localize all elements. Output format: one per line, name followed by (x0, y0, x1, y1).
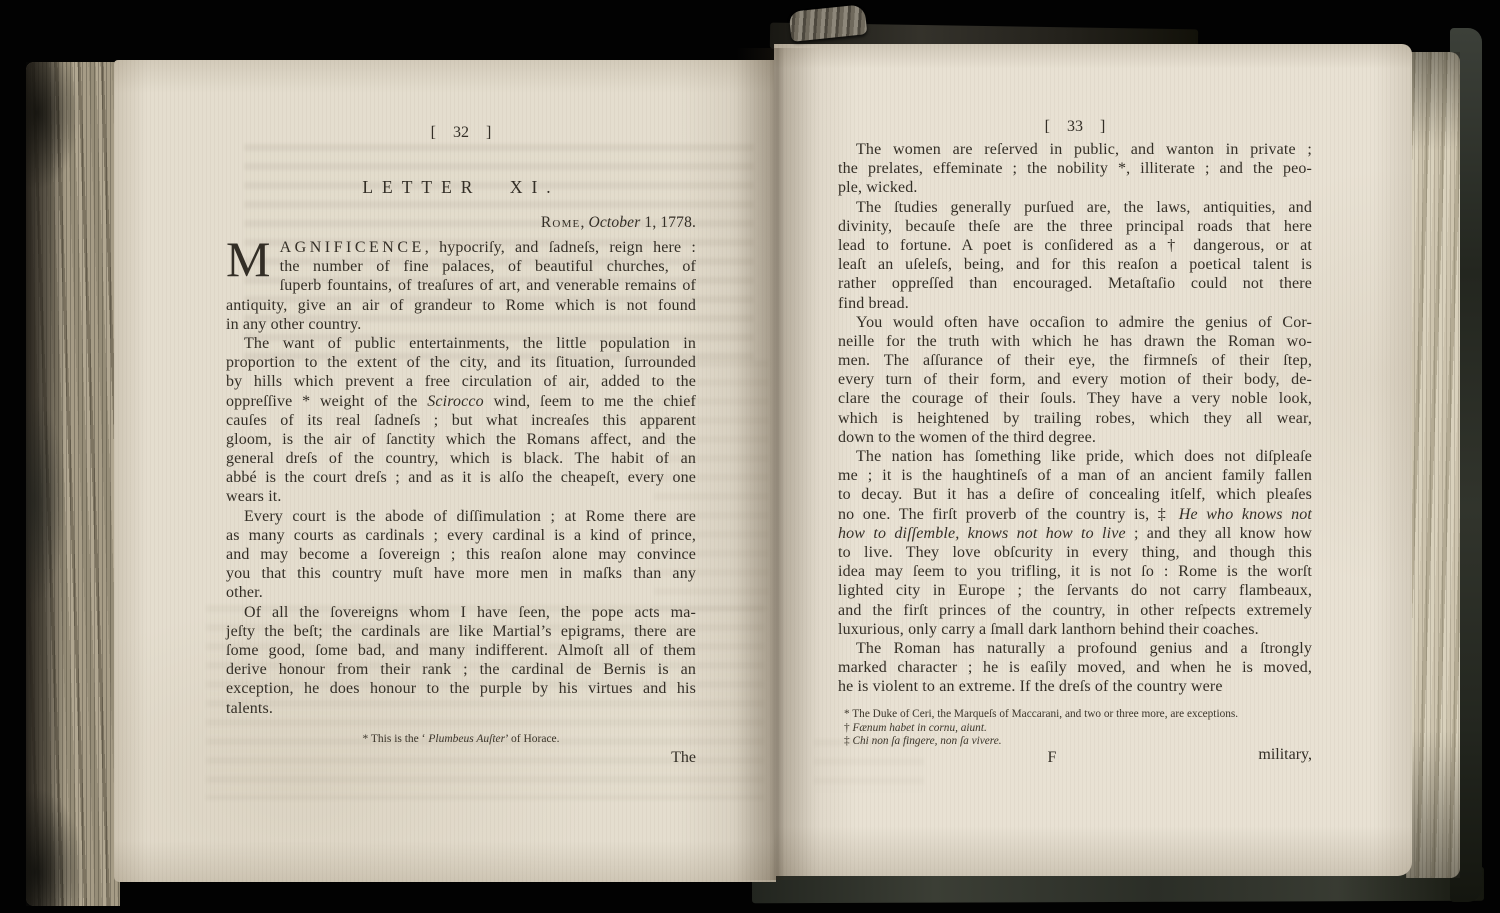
footnote: * This is the ‘ Plumbeus Auſter’ of Hora… (226, 732, 696, 746)
text-line: general dreſs of the country, which is b… (226, 449, 696, 468)
drop-cap: M (226, 240, 271, 278)
catchword-left: The (226, 749, 696, 767)
text-line: cauſes of its real ſadneſs ; but what in… (226, 411, 696, 430)
text-line: The want of public entertainments, the l… (226, 334, 696, 353)
text-line: by hills which prevent a free circulatio… (226, 372, 696, 391)
text-line: abbé is the court dreſs ; and as it is a… (226, 468, 696, 487)
text-line: luxurious, only carry a ſmall dark lanth… (838, 620, 1312, 639)
paragraph: M AGNIFICENCE, hypocriſy, and ſadneſs, r… (226, 238, 696, 334)
paragraph: You would often have occaſion to admire … (838, 313, 1312, 447)
text-line: the prelates, effeminate ; the nobility … (838, 159, 1312, 178)
paragraph: Every court is the abode of diſſimulatio… (226, 507, 696, 603)
text-line: which is heightened by trailing robes, w… (838, 409, 1312, 428)
text-line: to decay. But it has a deſire of conceal… (838, 485, 1312, 504)
paragraph: The want of public entertainments, the l… (226, 334, 696, 507)
text-line: proportion to the extent of the city, an… (226, 353, 696, 372)
right-page-body: The women are reſerved in public, and wa… (838, 140, 1312, 696)
text-line: other. (226, 583, 696, 602)
right-page-stack-edge (1406, 52, 1460, 878)
text-line: The ſtudies generally purſued are, the l… (838, 198, 1312, 217)
page-number-right: [ 33 ] (838, 118, 1312, 136)
text-line: leaſt an uſeleſs, being, and for this re… (838, 255, 1312, 274)
text-line: Every court is the abode of diſſimulatio… (226, 507, 696, 526)
text-line: in any other country. (226, 315, 696, 334)
text-line: Rome, October 1, 1778. (226, 213, 696, 232)
text-line: † Fænum habet in cornu, aiunt. (844, 722, 1318, 736)
text-line: how to diſſemble, knows not how to live … (838, 524, 1312, 543)
text-line: down to the women of the third degree. (838, 428, 1312, 447)
text-line: oppreſſive * weight of the Scirocco wind… (226, 392, 696, 411)
text-line: The women are reſerved in public, and wa… (838, 140, 1312, 159)
paragraph: The nation has ſomething like pride, whi… (838, 447, 1312, 639)
text-line: ple, wicked. (838, 178, 1312, 197)
text-line: talents. (226, 699, 696, 718)
text-line: as many courts as cardinals ; every card… (226, 526, 696, 545)
footnotes: * The Duke of Ceri, the Marqueſs of Macc… (844, 708, 1318, 749)
text-line: ſuperb fountains, of treaſures of art, a… (226, 276, 696, 295)
text-line: rather oppreſſed than encouraged. Metaſt… (838, 274, 1312, 293)
text-line: and may become a ſovereign ; this reaſon… (226, 545, 696, 564)
text-line: clare the courage of their ſouls. They h… (838, 389, 1312, 408)
text-line: find bread. (838, 294, 1312, 313)
text-line: every turn of their form, and every moti… (838, 370, 1312, 389)
text-line: neille for the truth with which he has d… (838, 332, 1312, 351)
text-line: ſome good, ſome bad, and many indifferen… (226, 641, 696, 660)
text-line: men. The aſſurance of their eye, the fir… (838, 351, 1312, 370)
left-page-stack-edge (26, 62, 120, 906)
text-line: to live. They love obſcurity in every th… (838, 543, 1312, 562)
text-line: AGNIFICENCE, hypocriſy, and ſadneſs, rei… (226, 238, 696, 257)
text-line: The Roman has naturally a profound geniu… (838, 639, 1312, 658)
text-line: divinity, becauſe theſe are the three pr… (838, 217, 1312, 236)
text-line: jeſty the beſt; the cardinals are like M… (226, 622, 696, 641)
paragraph: Of all the ſovereigns whom I have ſeen, … (226, 603, 696, 718)
text-line: antiquity, give an air of grandeur to Ro… (226, 296, 696, 315)
book-photograph: [ 32 ] LETTER XI. Rome, October 1, 1778.… (0, 0, 1500, 913)
paragraph: The ſtudies generally purſued are, the l… (838, 198, 1312, 313)
text-line: * This is the ‘ Plumbeus Auſter’ of Hora… (226, 732, 696, 746)
text-line: no one. The firſt proverb of the country… (838, 505, 1312, 524)
text-line: the number of fine palaces, of beautiful… (226, 257, 696, 276)
text-line: idea may ſeem to you trifling, it is not… (838, 562, 1312, 581)
text-line: wears it. (226, 487, 696, 506)
text-line: exception, he does honour to the purple … (226, 679, 696, 698)
left-page-body: M AGNIFICENCE, hypocriſy, and ſadneſs, r… (226, 238, 696, 718)
page-number-left: [ 32 ] (226, 124, 696, 142)
text-line: lead to fortune. A poet is conſidered as… (838, 236, 1312, 255)
right-page: [ 33 ] The women are reſerved in public,… (774, 44, 1412, 876)
text-line: marked character ; he is eaſily moved, a… (838, 658, 1312, 677)
text-line: and the firſt princes of the country, in… (838, 601, 1312, 620)
text-line: derive honour from their rank ; the card… (226, 660, 696, 679)
text-line: he is violent to an extreme. If the dreſ… (838, 677, 1312, 696)
dateline: Rome, October 1, 1778. (226, 213, 696, 232)
text-line: you that this country muſt have more men… (226, 564, 696, 583)
text-line: me ; it is the haughtineſs of a man of a… (838, 466, 1312, 485)
text-line: * The Duke of Ceri, the Marqueſs of Macc… (844, 708, 1318, 722)
text-line: gloom, is the air of ſanctity which the … (226, 430, 696, 449)
left-page: [ 32 ] LETTER XI. Rome, October 1, 1778.… (114, 60, 776, 882)
paragraph: The Roman has naturally a profound geniu… (838, 639, 1312, 697)
letter-heading: LETTER XI. (226, 177, 696, 198)
catchword-right: military, (838, 746, 1312, 764)
text-line: lighted city in Europe ; the ſervants do… (838, 581, 1312, 600)
paragraph: The women are reſerved in public, and wa… (838, 140, 1312, 198)
text-line: The nation has ſomething like pride, whi… (838, 447, 1312, 466)
text-line: Of all the ſovereigns whom I have ſeen, … (226, 603, 696, 622)
text-line: You would often have occaſion to admire … (838, 313, 1312, 332)
